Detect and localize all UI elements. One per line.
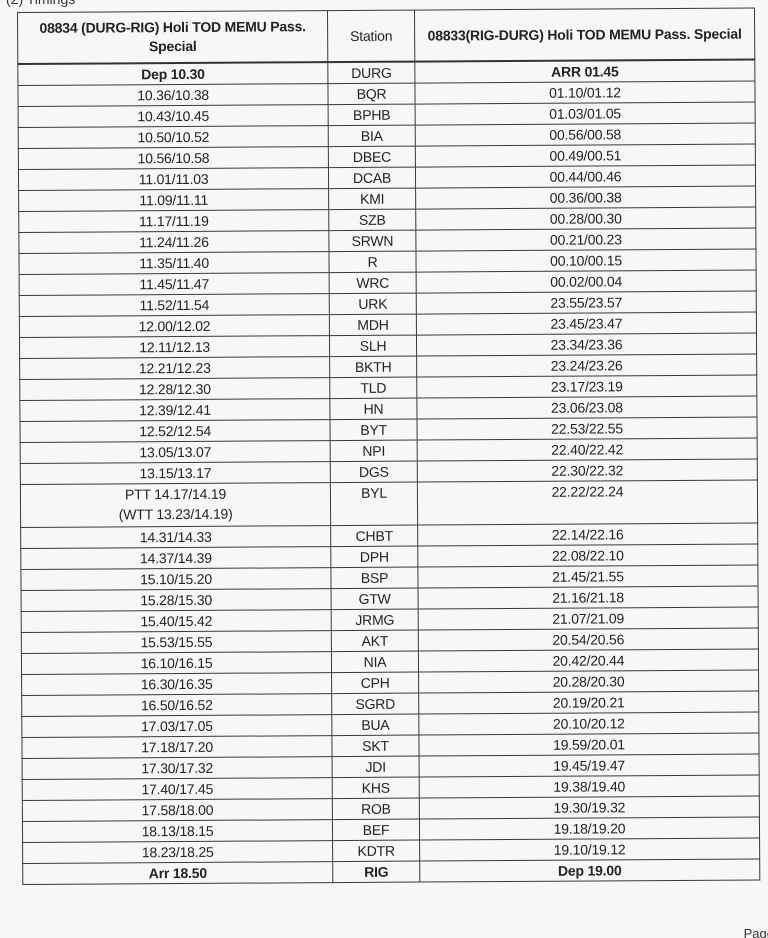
up-timing-cell: 16.10/16.15 xyxy=(21,652,331,675)
down-timing: Dep 19.00 xyxy=(420,859,760,882)
up-timing-cell: 14.37/14.39 xyxy=(21,547,331,570)
up-timing: 11.17/11.19 xyxy=(139,213,209,229)
down-timing: ARR 01.45 xyxy=(415,59,755,83)
station-code: NPI xyxy=(330,440,417,462)
up-timing: 11.52/11.54 xyxy=(139,297,209,313)
up-timing-cell: 10.50/10.52 xyxy=(18,126,328,149)
up-timing: 10.50/10.52 xyxy=(137,129,209,145)
up-timing: 14.31/14.33 xyxy=(140,529,212,545)
up-timing-cell: 11.01/11.03 xyxy=(18,168,328,191)
up-timing-cell: 18.13/18.15 xyxy=(22,820,332,843)
down-timing: 00.28/00.30 xyxy=(416,207,756,230)
down-timing: 00.56/00.58 xyxy=(415,123,755,146)
station-code: DGS xyxy=(330,461,417,483)
up-timing-note: (WTT 13.23/14.19) xyxy=(21,503,330,525)
down-timing: 23.55/23.57 xyxy=(416,291,756,314)
up-timing: 16.50/16.52 xyxy=(141,697,213,713)
up-timing-cell: Arr 18.50 xyxy=(23,862,333,885)
station-code: BSP xyxy=(331,567,418,589)
up-timing: 13.05/13.07 xyxy=(139,444,211,460)
up-timing-cell: 17.30/17.32 xyxy=(22,757,332,780)
station-code: DURG xyxy=(328,62,415,84)
up-timing: 17.40/17.45 xyxy=(141,781,213,797)
station-code: HN xyxy=(330,398,417,420)
up-timing-cell: 11.09/11.11 xyxy=(19,189,329,212)
up-timing-cell: 15.53/15.55 xyxy=(21,631,331,654)
section-heading: (2) Timings xyxy=(6,0,75,7)
station-code: BQR xyxy=(328,83,415,105)
up-timing-cell: 16.50/16.52 xyxy=(22,694,332,717)
down-timing: 20.42/20.44 xyxy=(418,649,758,672)
down-timing: 20.10/20.12 xyxy=(419,712,759,735)
up-timing: 15.53/15.55 xyxy=(140,634,212,650)
station-code: MDH xyxy=(329,314,416,336)
up-timing-cell: 12.52/12.54 xyxy=(20,420,330,443)
station-code: SKT xyxy=(332,735,419,757)
up-timing-cell: 17.40/17.45 xyxy=(22,778,332,801)
up-timing: 16.30/16.35 xyxy=(141,676,213,692)
station-code: TLD xyxy=(330,377,417,399)
up-timing: 15.28/15.30 xyxy=(140,592,212,608)
up-timing: 11.09/11.11 xyxy=(139,192,208,208)
table-row: PTT 14.17/14.19(WTT 13.23/14.19)BYL22.22… xyxy=(20,480,757,528)
station-code: SGRD xyxy=(332,693,419,715)
station-code: JRMG xyxy=(331,609,418,631)
down-timing: 19.18/19.20 xyxy=(419,817,759,840)
up-timing: 17.03/17.05 xyxy=(141,718,213,734)
station-code: BYL xyxy=(331,482,418,526)
down-timing: 00.49/00.51 xyxy=(415,144,755,167)
down-timing: 19.45/19.47 xyxy=(419,754,759,777)
up-timing: 17.58/18.00 xyxy=(142,802,214,818)
up-timing-cell: 15.28/15.30 xyxy=(21,589,331,612)
up-timing: 16.10/16.15 xyxy=(141,655,213,671)
down-timing: 19.38/19.40 xyxy=(419,775,759,798)
down-timing: 21.16/21.18 xyxy=(418,586,758,609)
down-timing: 01.03/01.05 xyxy=(415,102,755,125)
station-code: KMI xyxy=(329,188,416,210)
up-timing: 11.45/11.47 xyxy=(139,276,209,292)
up-timing: 13.15/13.17 xyxy=(139,465,211,481)
down-timing: 21.07/21.09 xyxy=(418,607,758,630)
up-timing: 15.40/15.42 xyxy=(140,613,212,629)
station-code: BKTH xyxy=(330,356,417,378)
up-timing-cell: 12.21/12.23 xyxy=(20,357,330,380)
down-timing: 23.24/23.26 xyxy=(417,354,757,377)
station-code: SLH xyxy=(330,335,417,357)
up-timing-cell: 11.45/11.47 xyxy=(19,273,329,296)
station-code: DPH xyxy=(331,546,418,568)
station-code: KDTR xyxy=(333,840,420,862)
up-timing: 15.10/15.20 xyxy=(140,571,212,587)
down-timing: 23.17/23.19 xyxy=(417,375,757,398)
page-label: Page xyxy=(744,926,768,938)
up-timing: 14.37/14.39 xyxy=(140,550,212,566)
up-timing: 12.00/12.02 xyxy=(139,318,211,334)
station-code: CHBT xyxy=(331,525,418,547)
up-timing-cell: 11.24/11.26 xyxy=(19,231,329,254)
down-timing: 19.30/19.32 xyxy=(419,796,759,819)
up-timing-cell: 13.15/13.17 xyxy=(20,462,330,485)
table-row: Arr 18.50RIGDep 19.00 xyxy=(23,859,760,885)
down-timing: 21.45/21.55 xyxy=(418,565,758,588)
up-timing: 12.21/12.23 xyxy=(139,360,211,376)
up-timing: 11.35/11.40 xyxy=(139,255,209,271)
up-timing: 11.01/11.03 xyxy=(139,171,209,187)
up-timing: Arr 18.50 xyxy=(149,865,207,881)
up-timing-cell: 17.58/18.00 xyxy=(22,799,332,822)
up-timing-cell: 12.39/12.41 xyxy=(20,399,330,422)
down-timing: 01.10/01.12 xyxy=(415,81,755,104)
station-code: GTW xyxy=(331,588,418,610)
header-station: Station xyxy=(328,10,415,62)
down-timing: 19.59/20.01 xyxy=(419,733,759,756)
station-code: SZB xyxy=(329,209,416,231)
up-timing-cell: PTT 14.17/14.19(WTT 13.23/14.19) xyxy=(20,483,330,528)
up-timing: 12.39/12.41 xyxy=(139,402,211,418)
up-timing: 10.43/10.45 xyxy=(137,108,209,124)
down-timing: 22.08/22.10 xyxy=(418,544,758,567)
up-timing: 18.13/18.15 xyxy=(142,823,214,839)
up-timing: 10.56/10.58 xyxy=(138,150,210,166)
station-code: KHS xyxy=(332,777,419,799)
station-code: URK xyxy=(329,293,416,315)
timetable-body: Dep 10.30DURGARR 01.4510.36/10.38BQR01.1… xyxy=(18,59,760,884)
station-code: SRWN xyxy=(329,230,416,252)
up-timing-cell: 11.52/11.54 xyxy=(19,294,329,317)
up-timing-cell: 10.56/10.58 xyxy=(18,147,328,170)
up-timing-cell: 12.00/12.02 xyxy=(19,315,329,338)
down-timing: 20.54/20.56 xyxy=(418,628,758,651)
station-code: R xyxy=(329,251,416,273)
station-code: DBEC xyxy=(328,146,415,168)
down-timing: 20.19/20.21 xyxy=(419,691,759,714)
up-timing-cell: 11.35/11.40 xyxy=(19,252,329,275)
up-timing: 12.28/12.30 xyxy=(139,381,211,397)
up-timing-cell: 15.10/15.20 xyxy=(21,568,331,591)
down-timing: 00.44/00.46 xyxy=(415,165,755,188)
down-timing: 20.28/20.30 xyxy=(419,670,759,693)
down-timing: 00.21/00.23 xyxy=(416,228,756,251)
station-code: JDI xyxy=(332,756,419,778)
up-timing-cell: 10.43/10.45 xyxy=(18,105,328,128)
station-code: RIG xyxy=(333,861,420,883)
up-timing: 10.36/10.38 xyxy=(137,87,209,103)
up-timing-cell: 15.40/15.42 xyxy=(21,610,331,633)
station-code: BYT xyxy=(330,419,417,441)
up-timing-cell: 11.17/11.19 xyxy=(19,210,329,233)
up-timing: 17.30/17.32 xyxy=(141,760,213,776)
down-timing: 23.06/23.08 xyxy=(417,396,757,419)
down-timing: 22.40/22.42 xyxy=(417,438,757,461)
station-code: WRC xyxy=(329,272,416,294)
up-timing: 17.18/17.20 xyxy=(141,739,213,755)
up-timing: 18.23/18.25 xyxy=(142,844,214,860)
up-timing-cell: 12.28/12.30 xyxy=(20,378,330,401)
station-code: AKT xyxy=(331,630,418,652)
up-timing-cell: 14.31/14.33 xyxy=(21,526,331,549)
up-timing-cell: 18.23/18.25 xyxy=(23,841,333,864)
station-code: NIA xyxy=(332,651,419,673)
table-header-row: 08834 (DURG-RIG) Holi TOD MEMU Pass. Spe… xyxy=(18,8,755,64)
station-code: DCAB xyxy=(329,167,416,189)
up-timing: 11.24/11.26 xyxy=(139,234,209,250)
down-timing: 00.10/00.15 xyxy=(416,249,756,272)
station-code: ROB xyxy=(332,798,419,820)
down-timing: 23.34/23.36 xyxy=(416,333,756,356)
up-timing-cell: Dep 10.30 xyxy=(18,62,328,85)
down-timing: 22.14/22.16 xyxy=(418,523,758,546)
timetable: 08834 (DURG-RIG) Holi TOD MEMU Pass. Spe… xyxy=(17,7,760,884)
up-timing-cell: 13.05/13.07 xyxy=(20,441,330,464)
up-timing-cell: 17.18/17.20 xyxy=(22,736,332,759)
up-timing: Dep 10.30 xyxy=(141,66,205,82)
up-timing: 12.11/12.13 xyxy=(139,339,210,355)
up-timing-cell: 10.36/10.38 xyxy=(18,84,328,107)
up-timing-cell: 12.11/12.13 xyxy=(19,336,329,359)
down-timing: 22.53/22.55 xyxy=(417,417,757,440)
station-code: BEF xyxy=(333,819,420,841)
station-code: BUA xyxy=(332,714,419,736)
down-timing: 22.22/22.24 xyxy=(417,480,757,525)
down-timing: 00.36/00.38 xyxy=(416,186,756,209)
down-timing: 19.10/19.12 xyxy=(420,838,760,861)
up-timing-cell: 17.03/17.05 xyxy=(22,715,332,738)
station-code: BPHB xyxy=(328,104,415,126)
up-timing: 12.52/12.54 xyxy=(139,423,211,439)
down-timing: 22.30/22.32 xyxy=(417,459,757,482)
up-timing: PTT 14.17/14.19 xyxy=(125,486,226,503)
down-timing: 23.45/23.47 xyxy=(416,312,756,335)
header-down-train: 08833(RIG-DURG) Holi TOD MEMU Pass. Spec… xyxy=(414,8,754,62)
station-code: BIA xyxy=(328,125,415,147)
down-timing: 00.02/00.04 xyxy=(416,270,756,293)
up-timing-cell: 16.30/16.35 xyxy=(22,673,332,696)
station-code: CPH xyxy=(332,672,419,694)
header-up-train: 08834 (DURG-RIG) Holi TOD MEMU Pass. Spe… xyxy=(18,11,328,64)
